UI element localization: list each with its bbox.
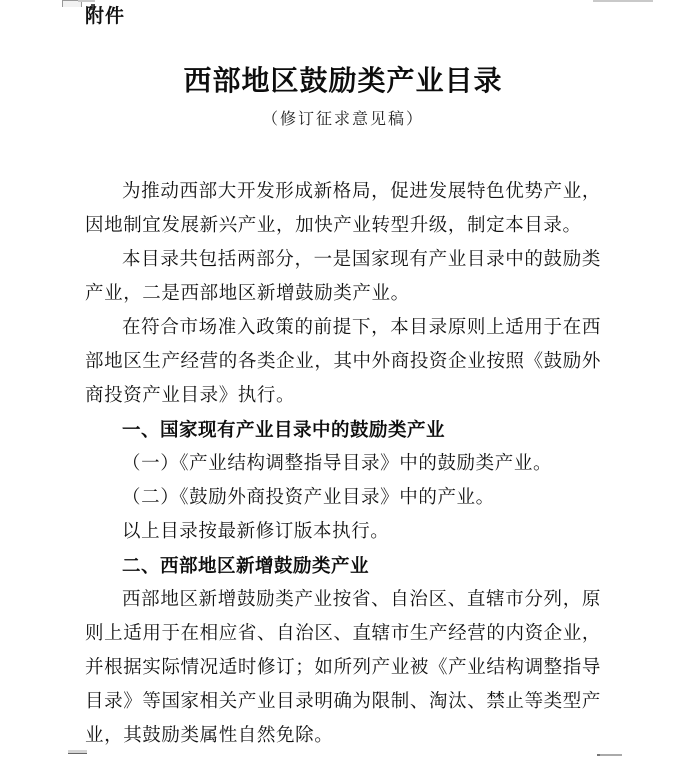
document-subtitle: （修订征求意见稿） bbox=[85, 110, 601, 130]
document-title: 西部地区鼓励类产业目录 bbox=[85, 65, 601, 97]
paragraph-intro: 为推动西部大开发形成新格局，促进发展特色优势产业，因地制宜发展新兴产业，加快产业… bbox=[85, 175, 601, 243]
paragraph-item-one: （一）《产业结构调整指导目录》中的鼓励类产业。 bbox=[85, 447, 601, 481]
paragraph-western-new-industries: 西部地区新增鼓励类产业按省、自治区、直辖市分列，原则上适用于在相应省、自治区、直… bbox=[85, 583, 601, 753]
document-page: 附件 西部地区鼓励类产业目录 （修订征求意见稿） 为推动西部大开发形成新格局，促… bbox=[85, 6, 601, 753]
paragraph-item-two: （二）《鼓励外商投资产业目录》中的产业。 bbox=[85, 481, 601, 515]
document-viewport: { "page": { "background_color": "#ffffff… bbox=[0, 0, 685, 760]
attachment-label: 附件 bbox=[85, 6, 601, 28]
section-heading-two: 二、西部地区新增鼓励类产业 bbox=[85, 549, 601, 583]
text-boundary-mark-top-right bbox=[593, 0, 653, 2]
paragraph-applicability: 在符合市场准入政策的前提下，本目录原则上适用于在西部地区生产经营的各类企业，其中… bbox=[85, 311, 601, 413]
document-body: 为推动西部大开发形成新格局，促进发展特色优势产业，因地制宜发展新兴产业，加快产业… bbox=[85, 175, 601, 753]
paragraph-two-parts: 本目录共包括两部分，一是国家现有产业目录中的鼓励类产业，二是西部地区新增鼓励类产… bbox=[85, 243, 601, 311]
paragraph-latest-revision-note: 以上目录按最新修订版本执行。 bbox=[85, 515, 601, 549]
text-boundary-mark-top-left-bar bbox=[78, 0, 95, 2]
section-heading-one: 一、国家现有产业目录中的鼓励类产业 bbox=[85, 413, 601, 447]
text-boundary-mark-bottom-right bbox=[597, 754, 622, 756]
